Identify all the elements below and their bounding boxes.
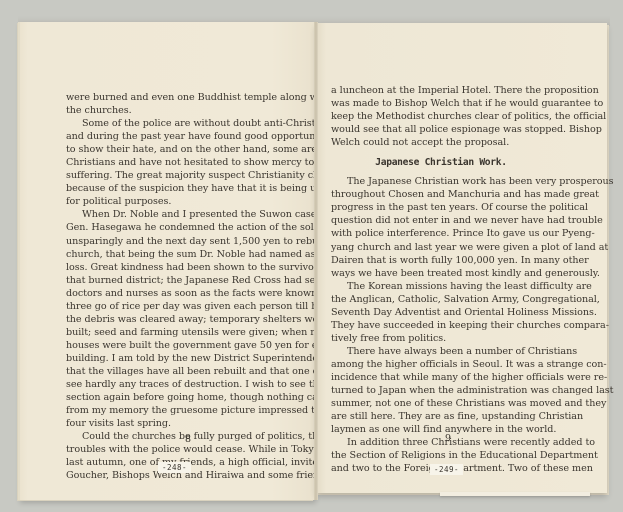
right-page-body: a luncheon at the Imperial Hotel. There … (331, 84, 551, 475)
text-line: Gen. Hasegawa he condemned the action of… (66, 221, 300, 234)
paragraph: There have always been a number of Chris… (331, 345, 551, 436)
text-line: that burned district; the Japanese Red C… (66, 274, 300, 287)
paragraph: a luncheon at the Imperial Hotel. There … (331, 84, 551, 149)
text-line: to show their hate, and on the other han… (66, 143, 300, 156)
section-heading: Japanese Christian Work. (331, 156, 551, 169)
page-number: 8 (168, 434, 208, 445)
text-line: the Section of Religions in the Educatio… (331, 449, 551, 462)
text-line: doctors and nurses as soon as the facts … (66, 287, 300, 300)
text-line: section again before going home, though … (66, 391, 300, 404)
text-line: turned to Japan when the administration … (331, 384, 551, 397)
text-line: troubles with the police would cease. Wh… (66, 443, 300, 456)
text-line: The Korean missions having the least dif… (331, 280, 551, 293)
text-line: building. I am told by the new District … (66, 352, 300, 365)
text-line: yang church and last year we were given … (331, 241, 551, 254)
text-line: the Anglican, Catholic, Salvation Army, … (331, 293, 551, 306)
text-line: summer, not one of these Christians was … (331, 397, 551, 410)
paragraph: When Dr. Noble and I presented the Suwon… (66, 208, 300, 430)
text-line: among the higher officials in Seoul. It … (331, 358, 551, 371)
text-line: the debris was cleared away; temporary s… (66, 313, 300, 326)
text-line: ways we have been treated most kindly an… (331, 267, 551, 280)
text-line: four visits last spring. (66, 417, 300, 430)
paragraph: Some of the police are without doubt ant… (66, 117, 300, 208)
text-line: from my memory the gruesome picture impr… (66, 404, 300, 417)
left-page-body: were burned and even one Buddhist temple… (66, 91, 300, 482)
text-line: Some of the police are without doubt ant… (66, 117, 300, 130)
text-line: the churches. (66, 104, 300, 117)
page-number: 9 (428, 433, 468, 444)
right-page: a luncheon at the Imperial Hotel. There … (316, 23, 607, 493)
text-line: progress in the past ten years. Of cours… (331, 201, 551, 214)
text-line: keep the Methodist churches clear of pol… (331, 110, 551, 123)
text-line: a luncheon at the Imperial Hotel. There … (331, 84, 551, 97)
text-line: They have succeeded in keeping their chu… (331, 319, 551, 332)
book-gutter (314, 22, 318, 500)
text-line: church, that being the sum Dr. Noble had… (66, 248, 300, 261)
text-line: for political purposes. (66, 195, 300, 208)
archive-stamp: -249- (430, 464, 463, 475)
text-line: that the villages have all been rebuilt … (66, 365, 300, 378)
text-line: question did not enter in and we never h… (331, 214, 551, 227)
text-line: see hardly any traces of destruction. I … (66, 378, 300, 391)
left-page: were burned and even one Buddhist temple… (20, 22, 316, 500)
text-line: built; seed and farming utensils were gi… (66, 326, 300, 339)
text-line: When Dr. Noble and I presented the Suwon… (66, 208, 300, 221)
paragraph: The Japanese Christian work has been ver… (331, 175, 551, 279)
text-line: unsparingly and the next day sent 1,500 … (66, 235, 300, 248)
text-line: loss. Great kindness had been shown to t… (66, 261, 300, 274)
text-line: houses were built the government gave 50… (66, 339, 300, 352)
text-line: Seventh Day Adventist and Oriental Holin… (331, 306, 551, 319)
paragraph: were burned and even one Buddhist temple… (66, 91, 300, 117)
text-line: The Japanese Christian work has been ver… (331, 175, 551, 188)
text-line: are still here. They are as fine, upstan… (331, 410, 551, 423)
text-line: suffering. The great majority suspect Ch… (66, 169, 300, 182)
text-line: because of the suspicion they have that … (66, 182, 300, 195)
text-line: were burned and even one Buddhist temple… (66, 91, 300, 104)
text-line: Christians and have not hesitated to sho… (66, 156, 300, 169)
text-line: and during the past year have found good… (66, 130, 300, 143)
text-line: incidence that while many of the higher … (331, 371, 551, 384)
text-line: tively free from politics. (331, 332, 551, 345)
right-page-after-heading: The Japanese Christian work has been ver… (331, 175, 551, 475)
text-line: Dairen that is worth fully 100,000 yen. … (331, 254, 551, 267)
archive-stamp: -248- (158, 462, 191, 473)
paragraph: The Korean missions having the least dif… (331, 280, 551, 345)
text-line: throughout Chosen and Manchuria and has … (331, 188, 551, 201)
text-line: with police interference. Prince Ito gav… (331, 227, 551, 240)
text-line: Welch could not accept the proposal. (331, 136, 551, 149)
text-line: was made to Bishop Welch that if he woul… (331, 97, 551, 110)
right-page-before-heading: a luncheon at the Imperial Hotel. There … (331, 84, 551, 149)
text-line: There have always been a number of Chris… (331, 345, 551, 358)
text-line: would see that all police espionage was … (331, 123, 551, 136)
page-edge (440, 492, 590, 496)
text-line: three go of rice per day was given each … (66, 300, 300, 313)
